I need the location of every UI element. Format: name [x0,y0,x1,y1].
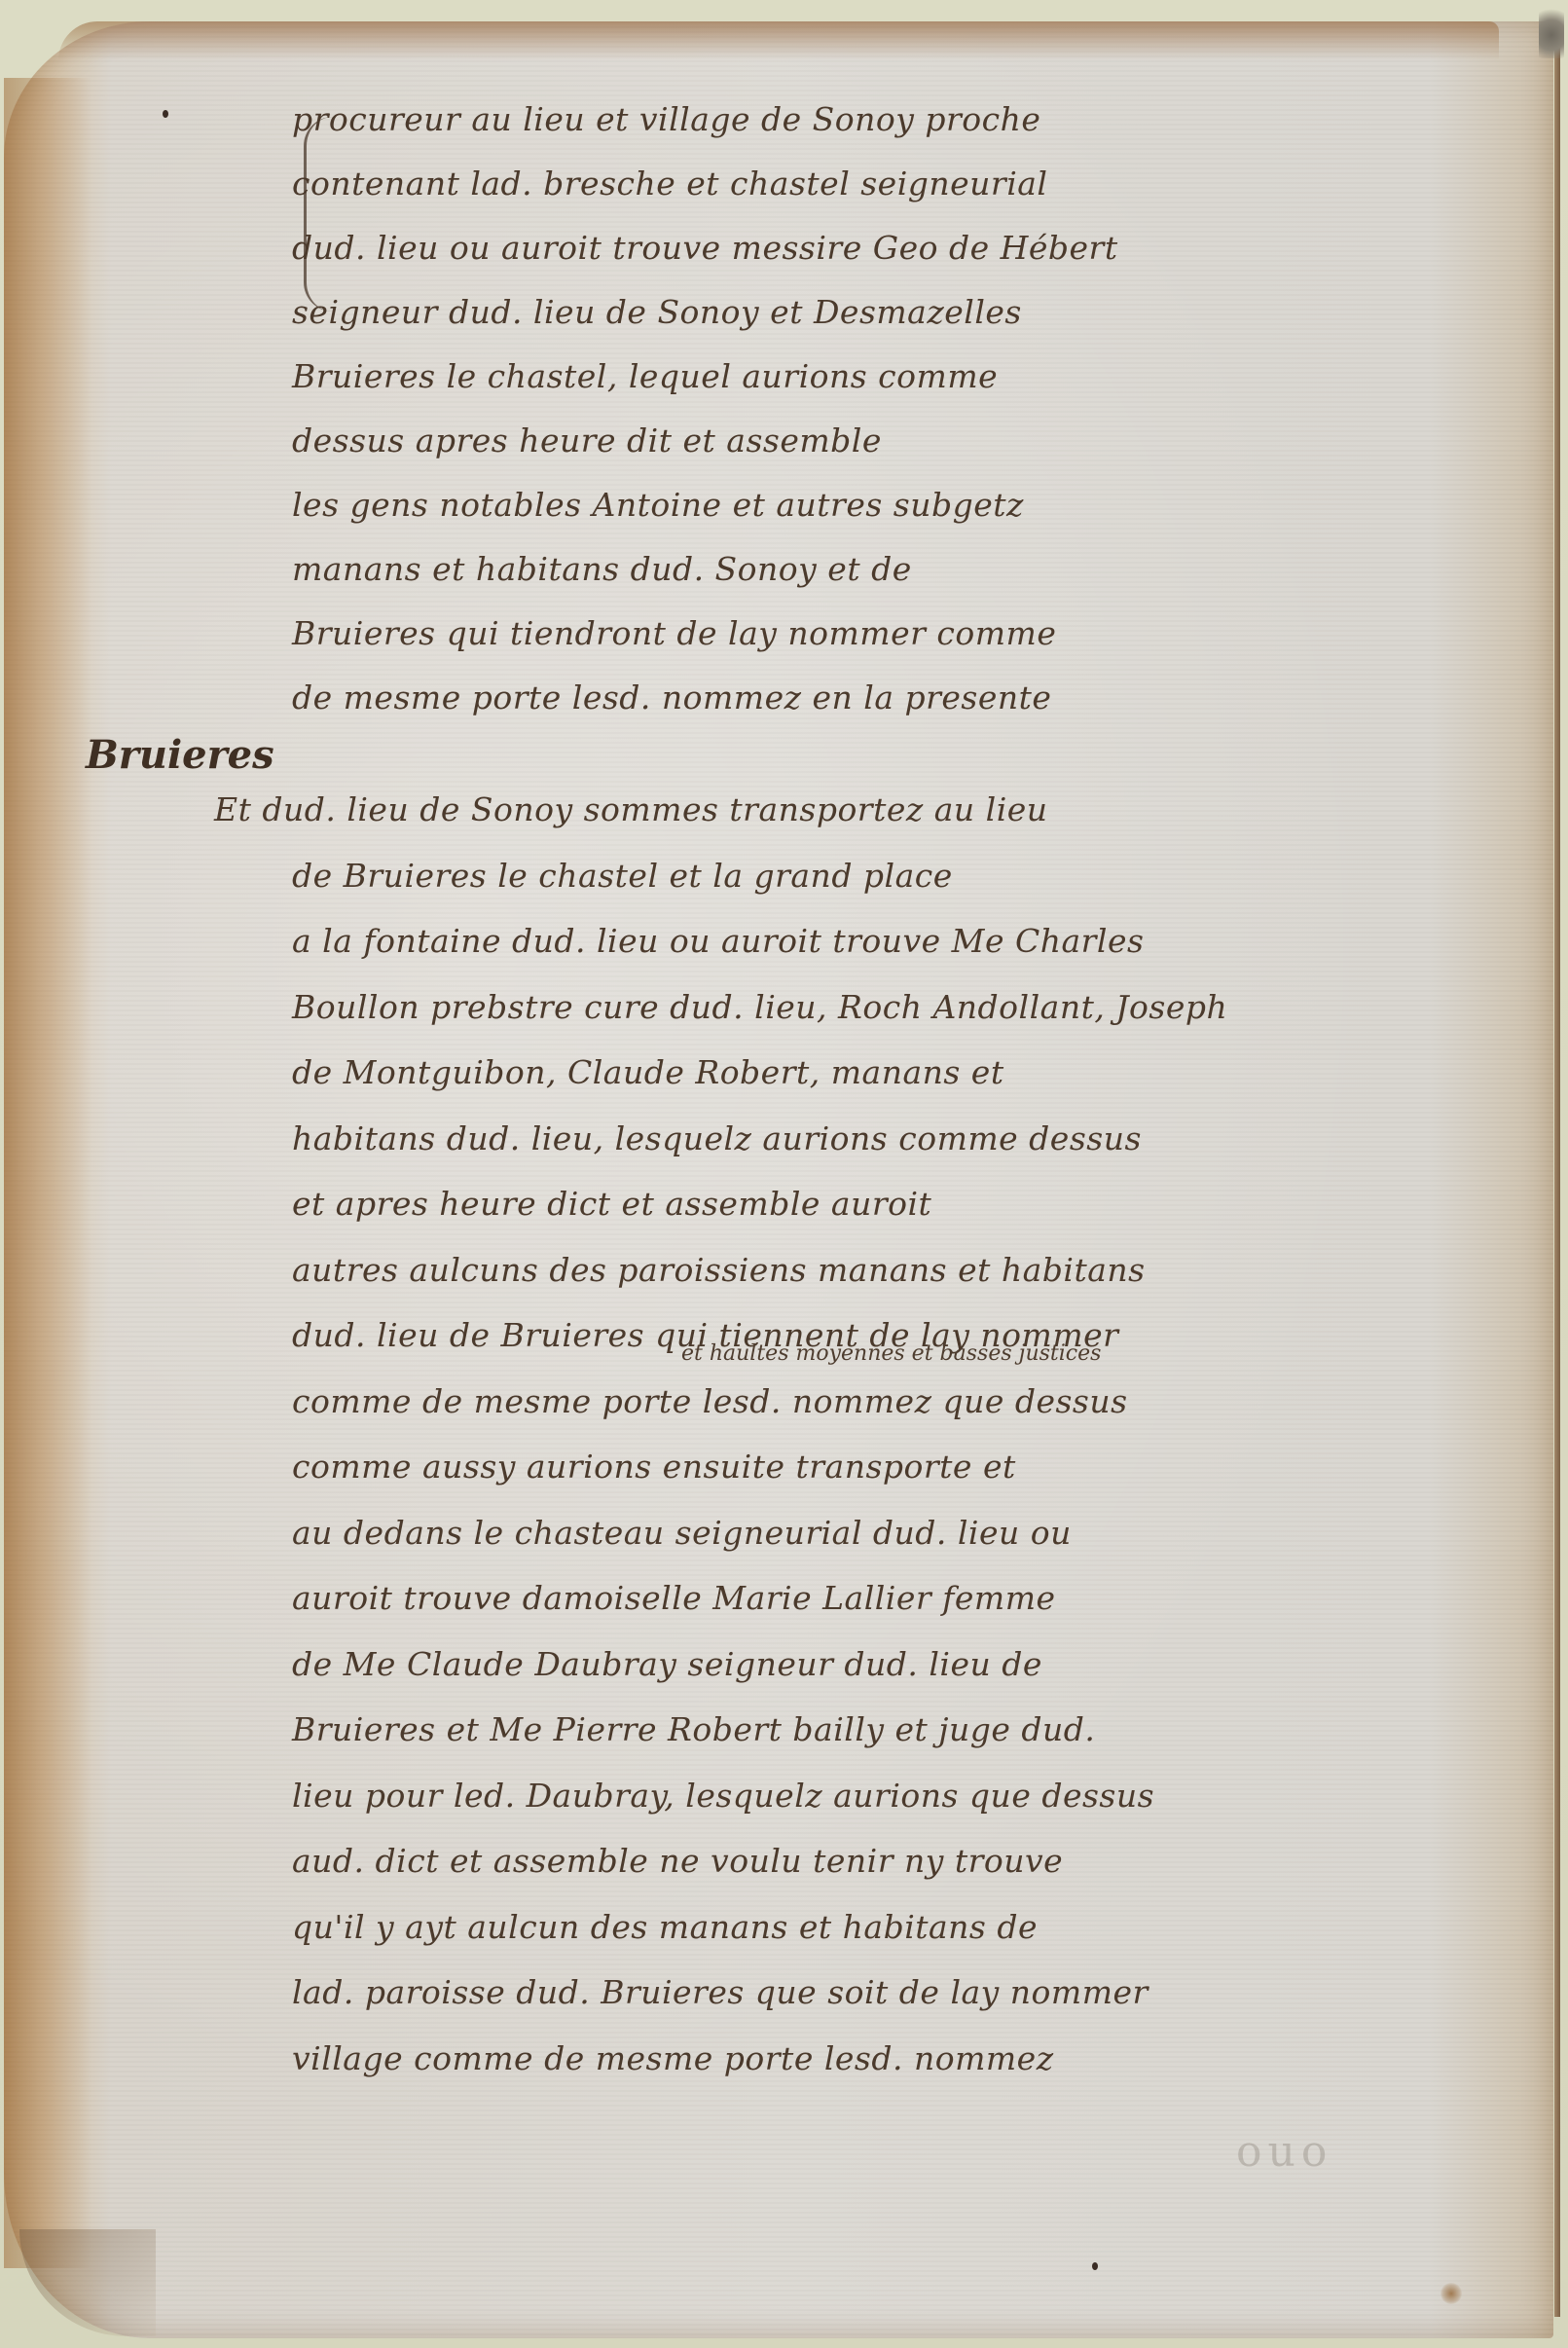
manuscript-line: qu'il y ayt aulcun des manans et habitan… [292,1894,1518,1961]
manuscript-line: a la fontaine dud. lieu ou auroit trouve… [292,908,1518,974]
manuscript-line: comme aussy aurions ensuite transporte e… [292,1434,1518,1500]
manuscript-line: autres aulcuns des paroissiens manans et… [292,1237,1518,1303]
margin-heading: Bruieres [86,732,274,778]
manuscript-line: habitans dud. lieu, lesquelz aurions com… [292,1106,1518,1172]
manuscript-line: aud. dict et assemble ne voulu tenir ny … [292,1828,1518,1894]
interlinear-insertion: et haultes moyennes et basses justices [681,1341,1101,1366]
top-edge-stain [58,21,1499,60]
bleed-through-mark: ouo [1236,2127,1332,2177]
manuscript-line: Et dud. lieu de Sonoy sommes transportez… [214,777,1518,843]
manuscript-line: de Montguibon, Claude Robert, manans et [292,1040,1518,1106]
manuscript-line: village comme de mesme porte lesd. nomme… [292,2026,1518,2092]
paragraph-1: procureur au lieu et village de Sonoy pr… [292,88,1518,730]
manuscript-line: comme de mesme porte lesd. nommez que de… [292,1369,1518,1435]
right-page-edge [1554,39,1560,2317]
binding-thread [1539,0,1564,58]
manuscript-text-block: procureur au lieu et village de Sonoy pr… [292,88,1518,2091]
manuscript-line: au dedans le chasteau seigneurial dud. l… [292,1500,1518,1566]
manuscript-line: Bruieres et Me Pierre Robert bailly et j… [292,1697,1518,1763]
manuscript-line: manans et habitans dud. Sonoy et de [292,537,1518,602]
paper-stain-spot [1440,2283,1462,2304]
manuscript-line: et apres heure dict et assemble auroit [292,1171,1518,1237]
left-edge-stain [4,78,91,2268]
manuscript-line: contenant lad. bresche et chastel seigne… [292,152,1518,216]
manuscript-line: Bruieres le chastel, lequel aurions comm… [292,345,1518,409]
manuscript-line: lieu pour led. Daubray, lesquelz aurions… [292,1763,1518,1829]
ink-spot [1092,2262,1098,2270]
manuscript-line: lad. paroisse dud. Bruieres que soit de … [292,1960,1518,2026]
manuscript-line: les gens notables Antoine et autres subg… [292,473,1518,537]
manuscript-line: auroit trouve damoiselle Marie Lallier f… [292,1565,1518,1632]
ink-spot [163,110,168,118]
paragraph-2: Et dud. lieu de Sonoy sommes transportez… [292,777,1518,2091]
manuscript-line: de Me Claude Daubray seigneur dud. lieu … [292,1632,1518,1698]
manuscript-line: dud. lieu ou auroit trouve messire Geo d… [292,216,1518,280]
manuscript-line: de Bruieres le chastel et la grand place [292,843,1518,909]
manuscript-line: de mesme porte lesd. nommez en la presen… [292,666,1518,730]
manuscript-line: Boullon prebstre cure dud. lieu, Roch An… [292,974,1518,1041]
manuscript-line: seigneur dud. lieu de Sonoy et Desmazell… [292,280,1518,345]
manuscript-line: Bruieres qui tiendront de lay nommer com… [292,602,1518,666]
manuscript-line: dessus apres heure dit et assemble [292,409,1518,473]
manuscript-line: procureur au lieu et village de Sonoy pr… [292,88,1518,152]
